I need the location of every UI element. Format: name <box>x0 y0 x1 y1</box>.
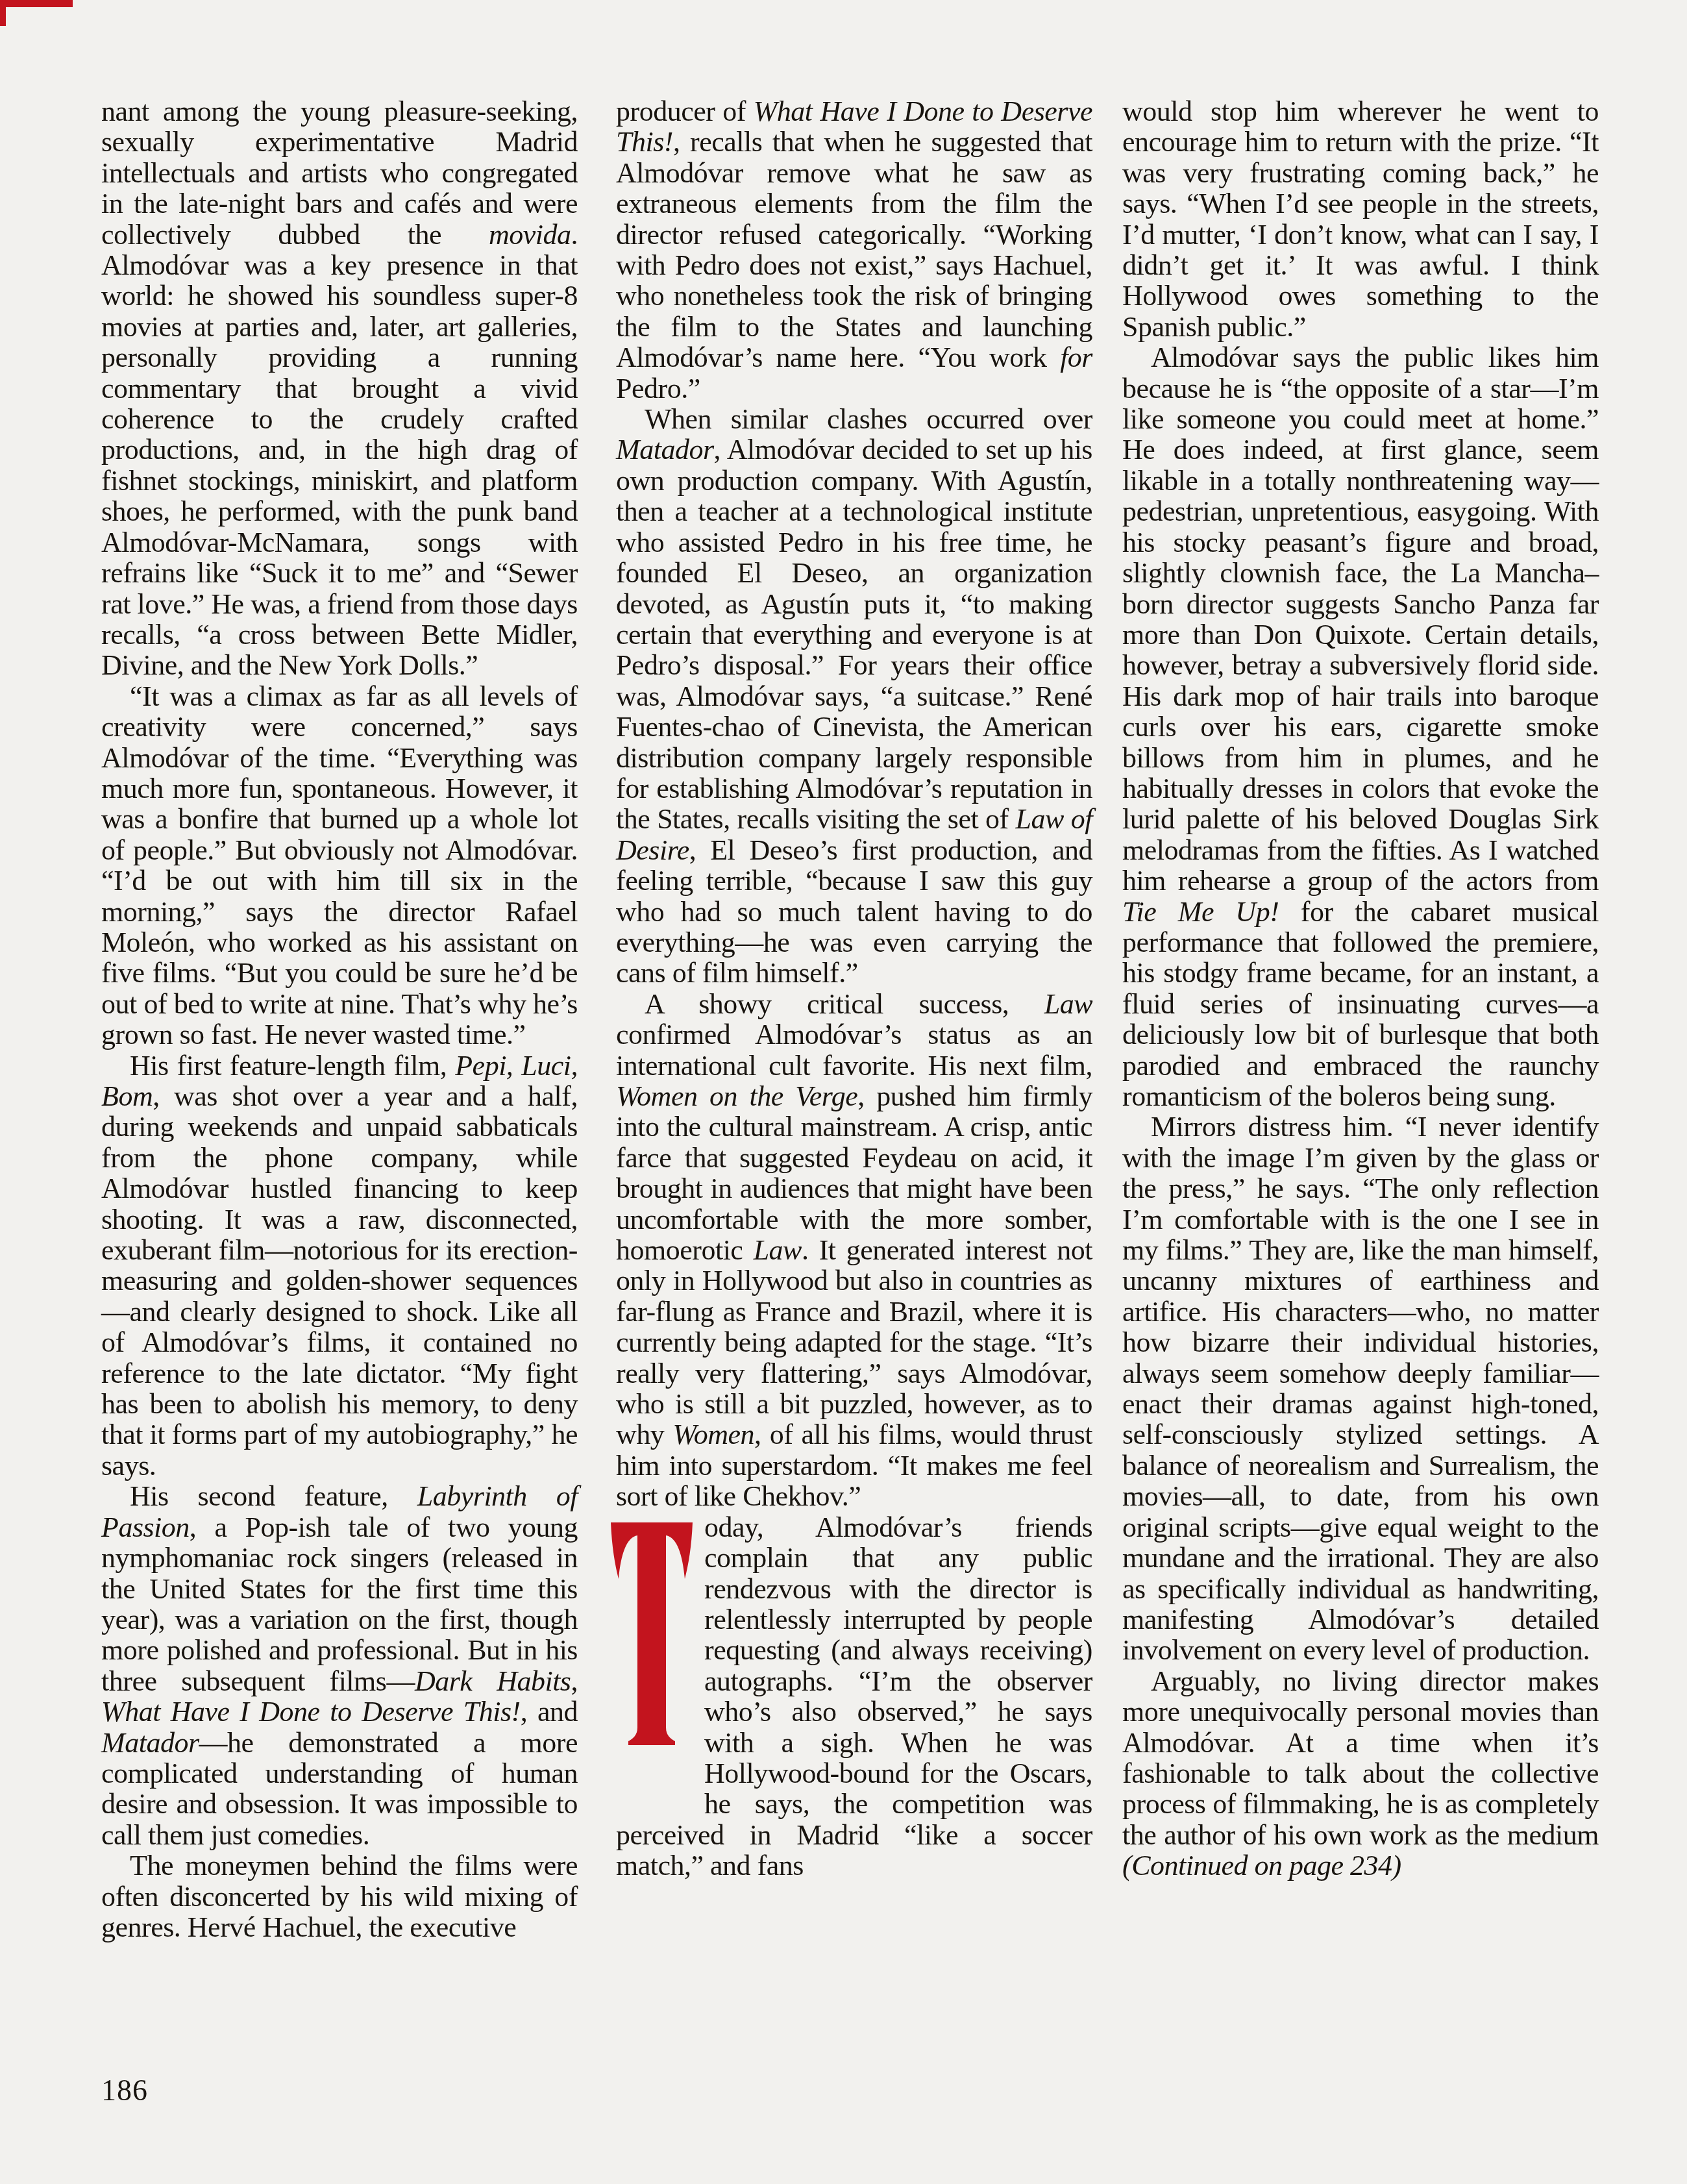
text-run: . Almodóvar was a key presence in that w… <box>101 219 578 682</box>
text-run: Pedro.” <box>616 373 700 404</box>
paragraph: Arguably, no living director makes more … <box>1122 1666 1599 1881</box>
text-run: , Almodóvar decided to set up his own pr… <box>616 434 1092 835</box>
drop-cap-glyph <box>610 1516 694 1748</box>
text-run: His first feature-length film, <box>130 1050 455 1082</box>
paragraph: “It was a climax as far as all levels of… <box>101 681 578 1050</box>
italic-text-run: Matador <box>616 434 714 465</box>
red-mark-horizontal <box>0 0 73 7</box>
text-run: The moneymen behind the films were often… <box>101 1850 578 1943</box>
column-1: nant among the young pleasure-seeking, s… <box>101 96 578 1942</box>
text-run: A showy critical success, <box>645 988 1044 1020</box>
text-run: , and <box>521 1696 578 1728</box>
paragraph: His first feature-length film, Pepi, Luc… <box>101 1050 578 1482</box>
text-run: would stop him wherever he went to encou… <box>1122 95 1599 343</box>
text-run: producer of <box>616 95 754 127</box>
italic-text-run: Women <box>673 1419 754 1450</box>
italic-text-run: Tie Me Up! <box>1122 896 1279 928</box>
column-3: would stop him wherever he went to encou… <box>1122 96 1599 1881</box>
text-run: When similar clashes occurred over <box>645 403 1092 435</box>
paragraph: would stop him wherever he went to encou… <box>1122 96 1599 342</box>
paragraph: nant among the young pleasure-seeking, s… <box>101 96 578 681</box>
text-run: . It generated interest not only in Holl… <box>616 1234 1092 1450</box>
text-run: Almodóvar says the public likes him beca… <box>1122 341 1599 897</box>
italic-text-run: Dark Habits <box>415 1665 571 1697</box>
text-run: , recalls that when he suggested that Al… <box>616 126 1092 373</box>
italic-text-run: for <box>1060 341 1092 373</box>
paragraph: The moneymen behind the films were often… <box>101 1850 578 1942</box>
italic-text-run: Matador <box>101 1727 199 1759</box>
paragraph: producer of What Have I Done to Deserve … <box>616 96 1092 404</box>
page-number: 186 <box>101 2073 148 2107</box>
red-mark-vertical <box>0 0 6 26</box>
drop-cap-T <box>610 1516 694 1793</box>
paragraph: A showy critical success, Law confirmed … <box>616 989 1092 1512</box>
column-2: producer of What Have I Done to Deserve … <box>616 96 1092 1881</box>
italic-text-run: Women on the Verge <box>616 1080 857 1112</box>
italic-text-run: What Have I Done to Deserve This! <box>101 1696 521 1728</box>
text-run: “It was a climax as far as all levels of… <box>101 680 578 1050</box>
italic-text-run: Law <box>1044 988 1092 1020</box>
text-run: Mirrors distress him. “I never identify … <box>1122 1111 1599 1666</box>
text-run: , was shot over a year and a half, durin… <box>101 1080 578 1482</box>
text-run: , <box>571 1665 578 1697</box>
paragraph: Mirrors distress him. “I never identify … <box>1122 1111 1599 1665</box>
paragraph: oday, Almodóvar’s friends complain that … <box>616 1512 1092 1881</box>
text-run: Arguably, no living director makes more … <box>1122 1665 1599 1851</box>
italic-text-run: movida <box>489 219 571 251</box>
magazine-page: nant among the young pleasure-seeking, s… <box>0 0 1687 2184</box>
text-run: His second feature, <box>130 1480 417 1512</box>
italic-text-run: (Continued on page 234) <box>1122 1850 1401 1881</box>
text-run: for the cabaret musical performance that… <box>1122 896 1599 1112</box>
paragraph: When similar clashes occurred over Matad… <box>616 404 1092 989</box>
paragraph: Almodóvar says the public likes him beca… <box>1122 342 1599 1111</box>
italic-text-run: Law <box>754 1234 802 1266</box>
text-run: confirmed Almodóvar’s status as an inter… <box>616 1019 1092 1081</box>
paragraph: His second feature, Labyrinth of Passion… <box>101 1481 578 1850</box>
